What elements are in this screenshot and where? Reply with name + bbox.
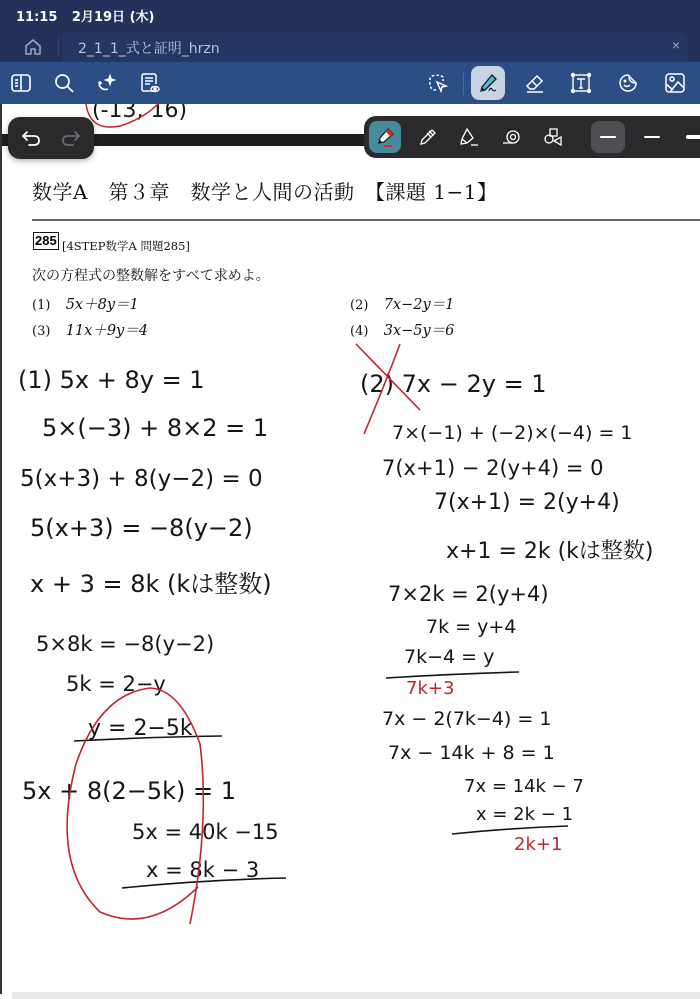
home-button[interactable] bbox=[22, 36, 44, 58]
fountain-pen-icon bbox=[374, 126, 396, 148]
pen-button[interactable] bbox=[471, 66, 505, 100]
lasso-button[interactable] bbox=[423, 68, 453, 98]
main-toolbar bbox=[0, 62, 700, 104]
highlighter-button[interactable] bbox=[453, 121, 485, 153]
eraser-button[interactable] bbox=[520, 68, 550, 98]
undo-button[interactable] bbox=[20, 127, 42, 149]
redo-button[interactable] bbox=[60, 127, 82, 149]
image-icon bbox=[664, 72, 686, 94]
pen-icon bbox=[477, 72, 499, 94]
search-button[interactable] bbox=[49, 68, 79, 98]
thumbnails-button[interactable] bbox=[6, 68, 36, 98]
document-view-icon bbox=[139, 72, 161, 94]
status-time: 11:15 bbox=[16, 10, 57, 25]
stroke-width-thick-glyph bbox=[686, 135, 700, 139]
status-date: 2月19日 (木) bbox=[72, 10, 155, 25]
stroke-width-medium-glyph bbox=[644, 136, 660, 139]
ai-sparkle-icon bbox=[96, 72, 118, 94]
tab-title: 2_1_1_式と証明_hrzn bbox=[78, 38, 220, 58]
tab-bar: 2_1_1_式と証明_hrzn × bbox=[0, 32, 700, 62]
stroke-width-thick[interactable] bbox=[677, 121, 700, 153]
toolbar-separator bbox=[463, 73, 464, 95]
eraser-icon bbox=[524, 72, 546, 94]
redo-icon bbox=[60, 127, 82, 149]
fountain-pen-button[interactable] bbox=[369, 121, 401, 153]
tab-divider bbox=[58, 38, 59, 56]
stroke-width-medium[interactable] bbox=[635, 121, 669, 153]
ballpoint-pen-button[interactable] bbox=[411, 121, 443, 153]
ballpoint-pen-icon bbox=[416, 126, 438, 148]
tab-document[interactable]: 2_1_1_式と証明_hrzn × bbox=[62, 32, 688, 62]
sticker-icon bbox=[617, 72, 639, 94]
home-icon bbox=[22, 36, 44, 58]
highlighter-icon bbox=[458, 126, 480, 148]
pen-tool-bar bbox=[364, 116, 700, 158]
text-box-button[interactable] bbox=[566, 68, 596, 98]
search-icon bbox=[53, 72, 75, 94]
stroke-width-thin[interactable] bbox=[591, 121, 625, 153]
status-bar: 11:15 2月19日 (木) bbox=[16, 6, 164, 25]
document-view-button[interactable] bbox=[135, 68, 165, 98]
lasso-select-icon bbox=[427, 72, 449, 94]
tape-button[interactable] bbox=[495, 121, 527, 153]
close-tab-button[interactable]: × bbox=[672, 37, 680, 53]
pages-icon bbox=[10, 72, 32, 94]
undo-redo-bar bbox=[8, 117, 94, 159]
sticker-button[interactable] bbox=[613, 68, 643, 98]
text-box-icon bbox=[570, 72, 592, 94]
document-canvas[interactable]: (-13, 16) 数学A 第３章 数学と人間の活動 【課題 1−1】 285 … bbox=[0, 104, 700, 999]
shape-icon bbox=[542, 126, 564, 148]
tape-icon bbox=[500, 126, 522, 148]
undo-icon bbox=[20, 127, 42, 149]
page-bottom-gap bbox=[12, 992, 700, 999]
shape-button[interactable] bbox=[537, 121, 569, 153]
ai-button[interactable] bbox=[92, 68, 122, 98]
stroke-width-thin-glyph bbox=[600, 136, 616, 138]
ink-strokes bbox=[0, 104, 700, 999]
image-button[interactable] bbox=[660, 68, 690, 98]
app-header: 11:15 2月19日 (木) 2_1_1_式と証明_hrzn × bbox=[0, 0, 700, 62]
